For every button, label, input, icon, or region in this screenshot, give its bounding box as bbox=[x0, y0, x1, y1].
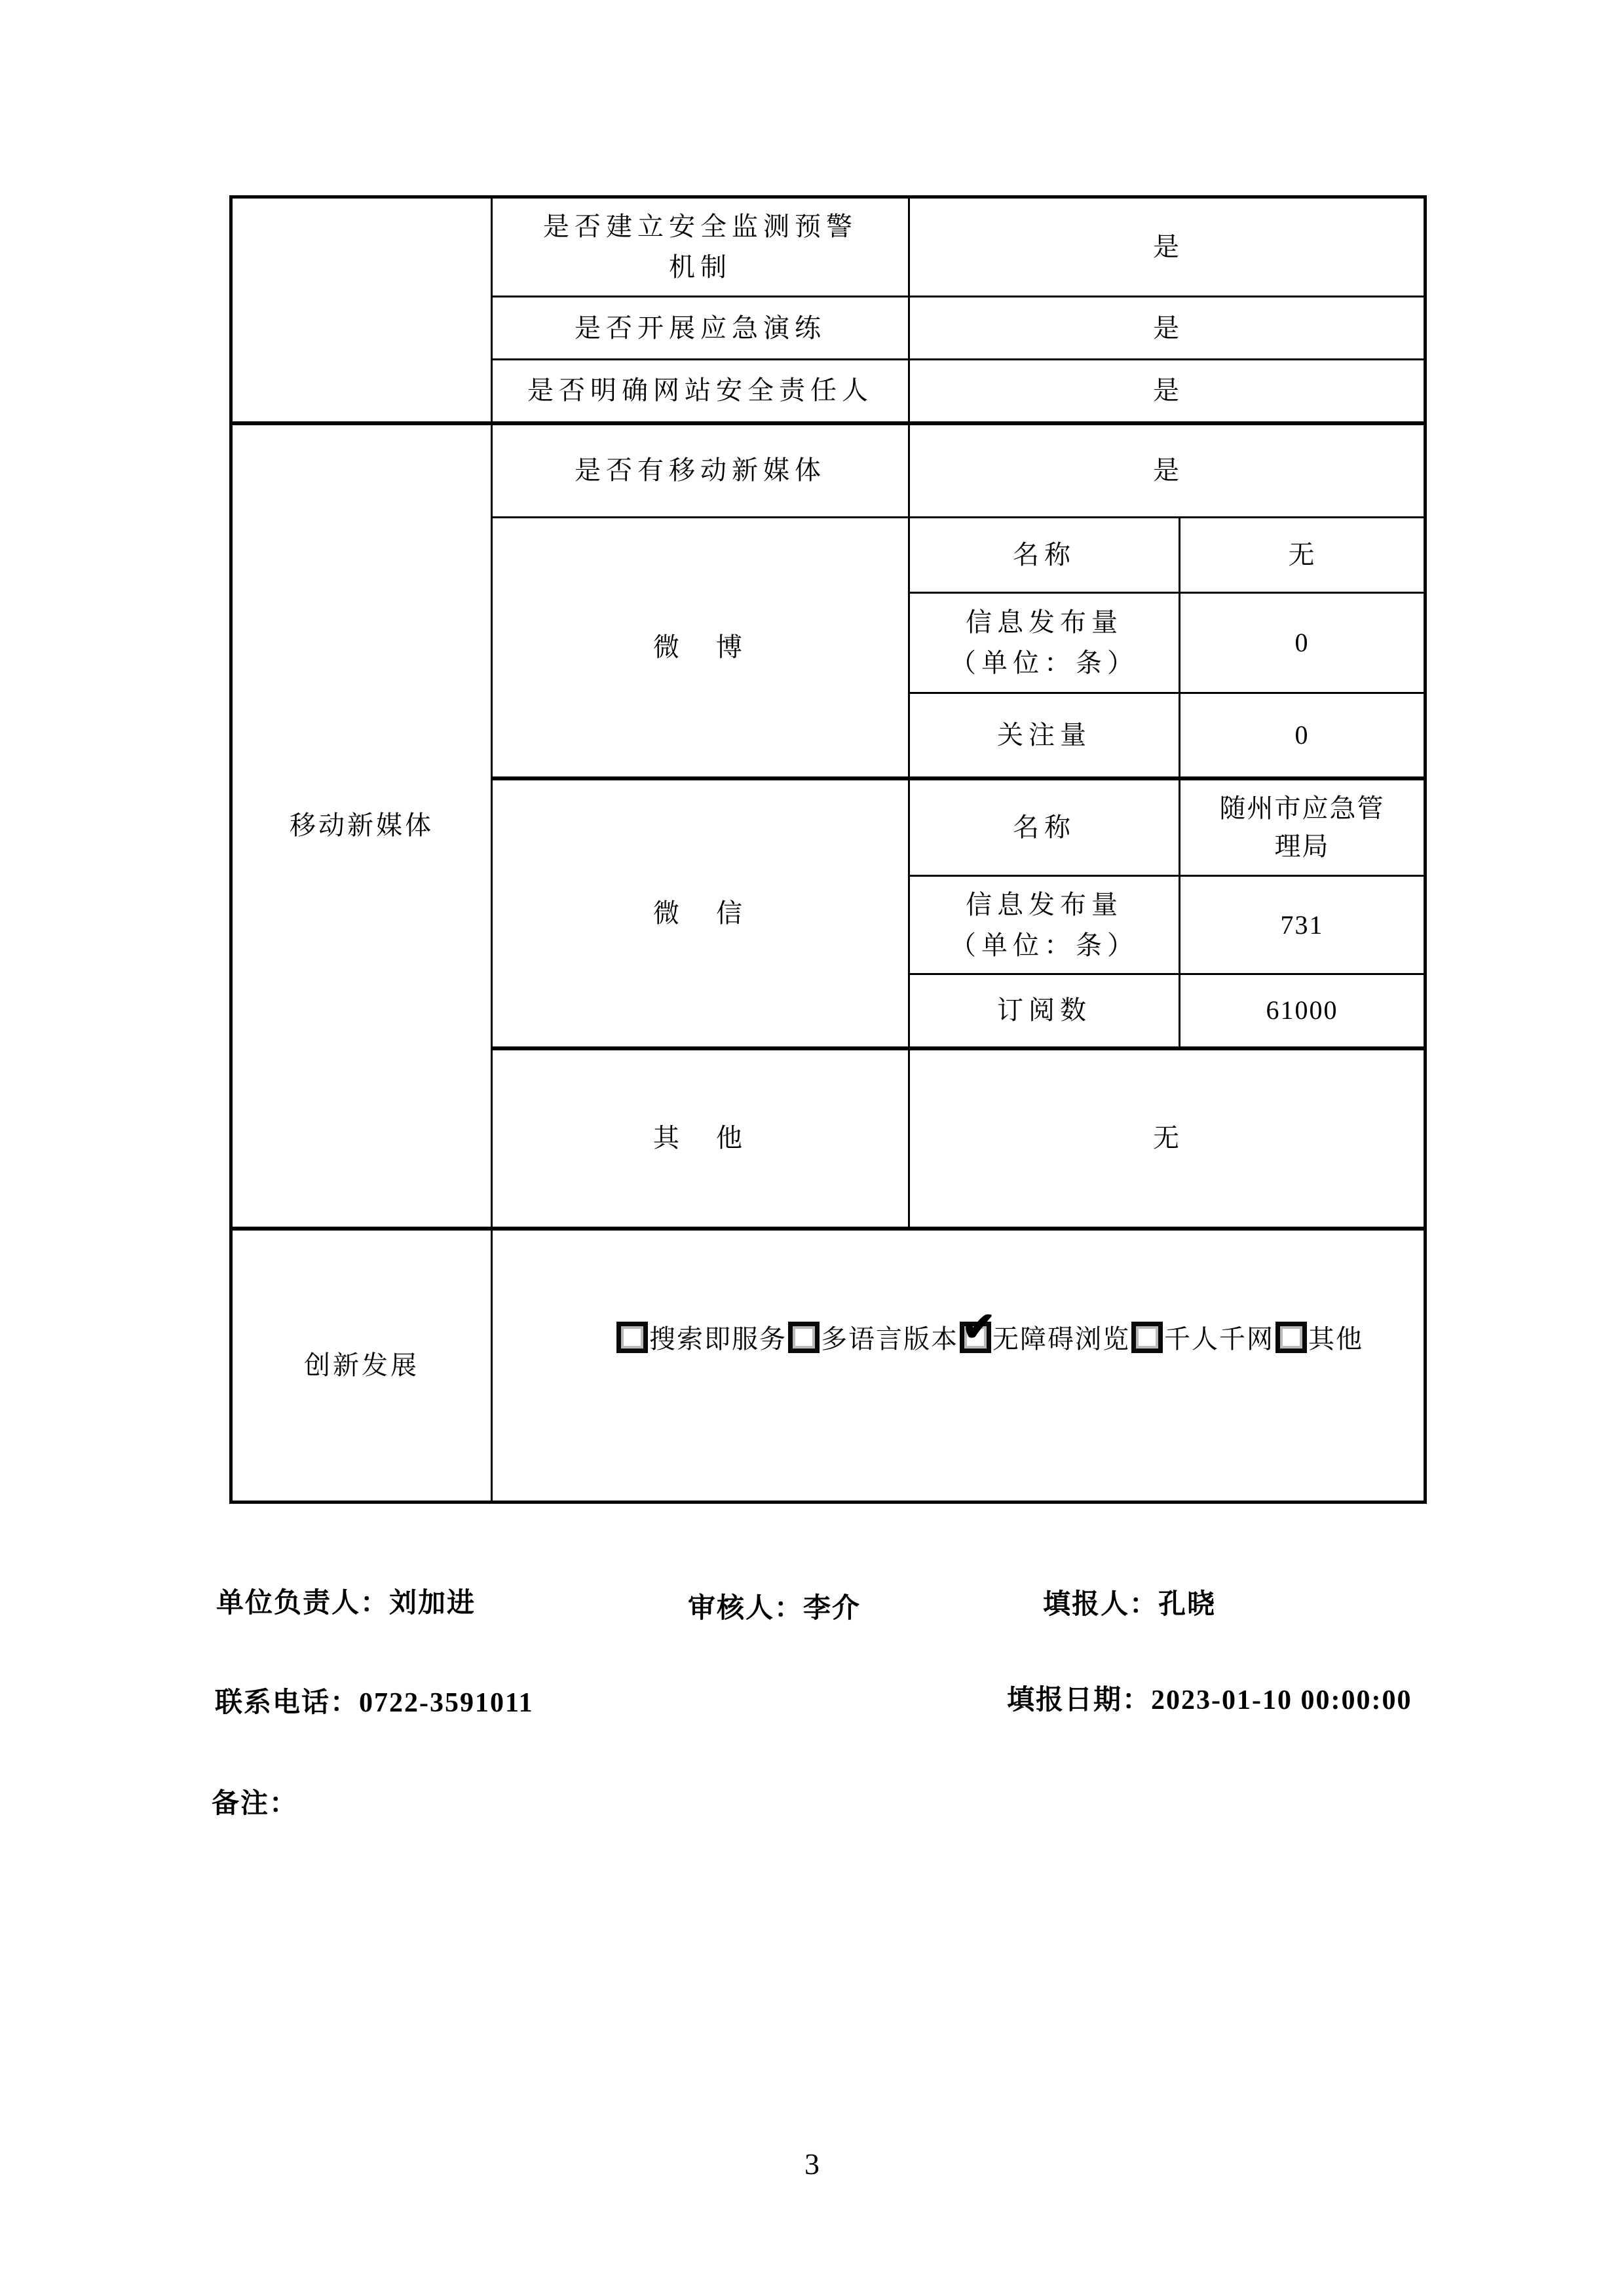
checkbox-checked-icon bbox=[960, 1322, 991, 1353]
row-label-emergency-drill: 是否开展应急演练 bbox=[492, 297, 909, 360]
checkbox-icon bbox=[788, 1322, 820, 1353]
weixin-label: 微 信 bbox=[492, 778, 909, 1048]
checkbox-item: 无障碍浏览 bbox=[958, 1324, 1130, 1354]
checkbox-label: 其他 bbox=[1308, 1324, 1363, 1354]
weibo-posts-label: 信息发布量 （单位：条） bbox=[909, 593, 1180, 693]
table-row: 创新发展 搜索即服务多语言版本无障碍浏览千人千网其他 bbox=[231, 1229, 1426, 1502]
form-filler: 填报人：孔晓 bbox=[1043, 1590, 1216, 1620]
weibo-followers-label: 关注量 bbox=[909, 693, 1180, 778]
label-line: 机制 bbox=[493, 247, 908, 288]
checkbox-icon bbox=[1275, 1322, 1307, 1353]
filing-date: 填报日期：2023-01-10 00:00:00 bbox=[1007, 1685, 1412, 1715]
weixin-name-label: 名称 bbox=[909, 778, 1180, 876]
row-value: 是 bbox=[909, 197, 1426, 297]
weixin-subscribers-value: 61000 bbox=[1180, 974, 1426, 1048]
weixin-name-value: 随州市应急管理局 bbox=[1180, 778, 1426, 876]
reviewer: 审核人：李介 bbox=[688, 1594, 861, 1624]
checkbox-item: 搜索即服务 bbox=[615, 1324, 787, 1354]
report-page: 是否建立安全监测预警 机制 是 是否开展应急演练 是 是否明确网站安全责任人 是… bbox=[0, 0, 1624, 2296]
page-number: 3 bbox=[0, 2147, 1624, 2181]
contact-phone: 联系电话：0722-3591011 bbox=[215, 1688, 534, 1718]
innovation-options-cell: 搜索即服务多语言版本无障碍浏览千人千网其他 bbox=[492, 1229, 1426, 1502]
checkbox-icon bbox=[616, 1322, 648, 1353]
weibo-posts-value: 0 bbox=[1180, 593, 1426, 693]
row-label-security-responsible: 是否明确网站安全责任人 bbox=[492, 360, 909, 423]
table-row: 移动新媒体 是否有移动新媒体 是 bbox=[231, 423, 1426, 518]
weixin-posts-value: 731 bbox=[1180, 876, 1426, 974]
checkbox-icon bbox=[1131, 1322, 1163, 1353]
prev-section-empty-cell bbox=[231, 197, 492, 423]
innovation-checkbox-line: 搜索即服务多语言版本无障碍浏览千人千网其他 bbox=[493, 1321, 1424, 1358]
website-annual-report-table: 是否建立安全监测预警 机制 是 是否开展应急演练 是 是否明确网站安全责任人 是… bbox=[229, 195, 1427, 1504]
label-line: 是否建立安全监测预警 bbox=[493, 206, 908, 247]
checkbox-label: 无障碍浏览 bbox=[992, 1324, 1130, 1354]
checkbox-label: 千人千网 bbox=[1164, 1324, 1274, 1354]
checkbox-item: 千人千网 bbox=[1130, 1324, 1274, 1354]
remarks-label: 备注： bbox=[212, 1789, 298, 1819]
label-line: （单位：条） bbox=[910, 925, 1179, 966]
section-label-mobile-media: 移动新媒体 bbox=[231, 423, 492, 1229]
weixin-name-text: 随州市应急管理局 bbox=[1207, 790, 1397, 866]
weixin-posts-label: 信息发布量 （单位：条） bbox=[909, 876, 1180, 974]
label-line: （单位：条） bbox=[910, 643, 1179, 683]
table-row: 是否建立安全监测预警 机制 是 bbox=[231, 197, 1426, 297]
row-label-has-mobile-media: 是否有移动新媒体 bbox=[492, 423, 909, 518]
label-line: 信息发布量 bbox=[910, 885, 1179, 925]
row-label-monitor-warning: 是否建立安全监测预警 机制 bbox=[492, 197, 909, 297]
label-line: 信息发布量 bbox=[910, 602, 1179, 643]
weibo-label: 微 博 bbox=[492, 518, 909, 778]
checkbox-item: 其他 bbox=[1274, 1324, 1363, 1354]
row-value: 是 bbox=[909, 360, 1426, 423]
weibo-name-label: 名称 bbox=[909, 518, 1180, 593]
row-value: 是 bbox=[909, 297, 1426, 360]
weixin-subscribers-label: 订阅数 bbox=[909, 974, 1180, 1048]
checkbox-item: 多语言版本 bbox=[787, 1324, 958, 1354]
unit-responsible-person: 单位负责人：刘加进 bbox=[216, 1588, 476, 1618]
other-media-value: 无 bbox=[909, 1048, 1426, 1229]
checkbox-label: 搜索即服务 bbox=[649, 1324, 787, 1354]
weibo-followers-value: 0 bbox=[1180, 693, 1426, 778]
section-label-innovation: 创新发展 bbox=[231, 1229, 492, 1502]
weibo-name-value: 无 bbox=[1180, 518, 1426, 593]
checkbox-label: 多语言版本 bbox=[821, 1324, 958, 1354]
row-value: 是 bbox=[909, 423, 1426, 518]
other-media-label: 其 他 bbox=[492, 1048, 909, 1229]
